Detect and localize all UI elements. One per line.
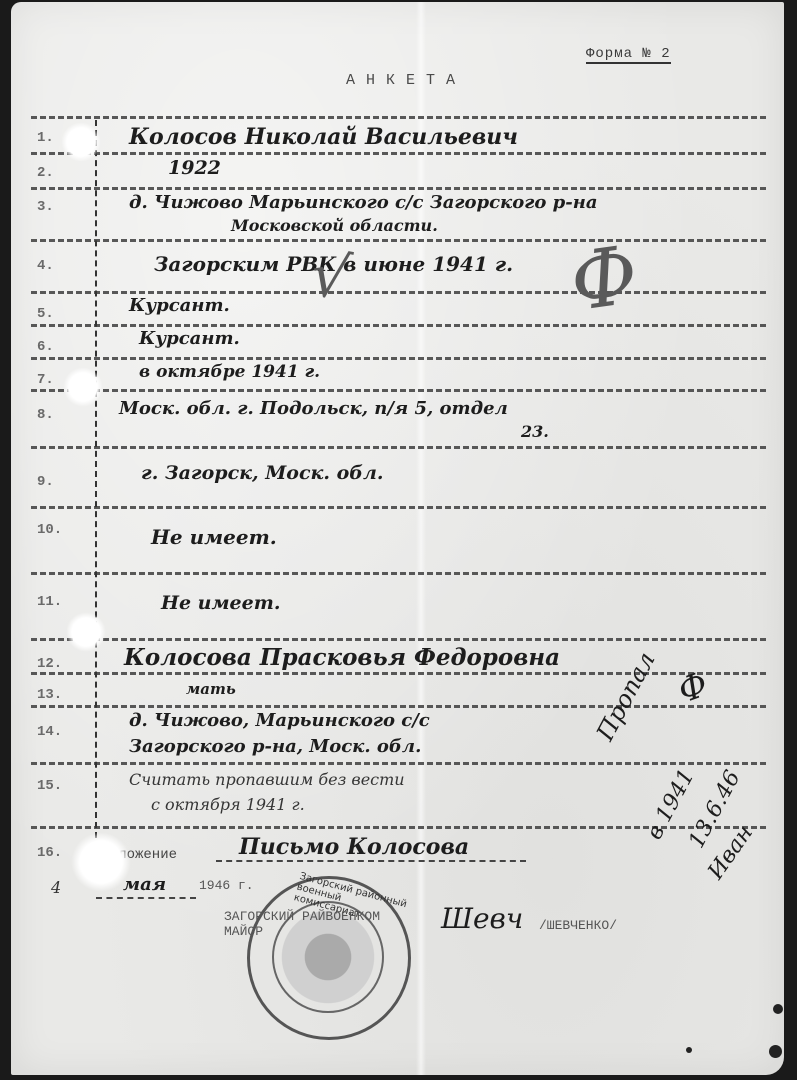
entry-row-11: Не имеет.	[161, 592, 280, 614]
attachment-underline	[216, 860, 526, 862]
form-number: Форма № 2	[586, 46, 671, 64]
official-stamp: Загорский районный военный комиссариат	[247, 876, 411, 1040]
rule-line	[31, 762, 766, 765]
date-underline	[96, 897, 196, 899]
rule-line	[31, 291, 766, 294]
row-number: 5.	[37, 306, 77, 322]
row-number: 8.	[37, 407, 77, 423]
rule-line	[31, 324, 766, 327]
document-title: АНКЕТА	[346, 72, 466, 89]
ink-spot	[769, 1045, 782, 1058]
paper-fold	[416, 2, 426, 1075]
margin-note-line: Пропал	[591, 647, 661, 745]
entry-position: Курсант.	[139, 328, 240, 349]
row-number: 10.	[37, 522, 77, 538]
paper-damage	[71, 832, 131, 892]
rule-line	[31, 506, 766, 509]
row-number: 13.	[37, 687, 77, 703]
rule-line	[31, 638, 766, 641]
paper-damage	[63, 367, 103, 407]
entry-relative-name: Колосова Прасковья Федоровна	[124, 644, 560, 671]
document-page: Форма № 2 АНКЕТА 1. 2. 3. 4. 5. 6. 7. 8.…	[11, 2, 784, 1075]
entry-birth-year: 1922	[168, 157, 221, 179]
row-number: 3.	[37, 199, 77, 215]
date-year: 1946 г.	[199, 878, 254, 893]
entry-full-name: Колосов Николай Васильевич	[129, 124, 518, 150]
entry-relative-address: д. Чижово, Марьинского с/с	[129, 710, 430, 731]
margin-note: Пропал	[591, 647, 661, 745]
signatory-rank: МАЙОР	[224, 924, 263, 939]
row-number: 2.	[37, 165, 77, 181]
paper-damage	[61, 122, 101, 162]
row-number: 4.	[37, 258, 77, 274]
rule-line	[31, 705, 766, 708]
rule-line	[31, 152, 766, 155]
rule-line	[31, 572, 766, 575]
rule-line	[31, 389, 766, 392]
entry-status: Считать пропавшим без вести	[129, 770, 405, 789]
signature: Шевч	[441, 902, 523, 935]
signatory-title: ЗАГОРСКИЙ РАЙВОЕНКОМ	[224, 909, 380, 924]
row-number: 12.	[37, 656, 77, 672]
row-number: 9.	[37, 474, 77, 490]
rule-line	[31, 116, 766, 119]
ink-spot	[686, 1047, 692, 1053]
margin-line	[95, 120, 97, 838]
rule-line	[31, 446, 766, 449]
entry-birthplace: д. Чижово Марьинского с/с Загорского р-н…	[129, 192, 597, 213]
ink-spot	[773, 1004, 783, 1014]
entry-row-10: Не имеет.	[151, 525, 277, 549]
signatory-name: /ШЕВЧЕНКО/	[539, 918, 617, 933]
entry-rank: Курсант.	[129, 295, 230, 316]
rule-line	[31, 357, 766, 360]
entry-status-line2: с октября 1941 г.	[151, 795, 305, 814]
entry-relation: мать	[186, 680, 236, 698]
row-number: 6.	[37, 339, 77, 355]
paper-damage	[66, 612, 106, 652]
rule-line	[31, 239, 766, 242]
row-number: 14.	[37, 724, 77, 740]
entry-relative-address-line2: Загорского р-на, Моск. обл.	[129, 736, 421, 757]
row-number: 15.	[37, 778, 77, 794]
entry-residence: г. Загорск, Моск. обл.	[141, 462, 384, 484]
rule-line	[31, 672, 766, 675]
entry-date: в октябре 1941 г.	[139, 362, 320, 382]
attachment-entry: Письмо Колосова	[239, 834, 469, 860]
check-mark: √	[305, 239, 355, 315]
entry-birthplace-line2: Московской области.	[231, 216, 438, 235]
row-number: 11.	[37, 594, 77, 610]
date-day: 4	[51, 878, 61, 897]
rule-line	[31, 187, 766, 190]
pencil-initials: Ф	[565, 228, 644, 329]
entry-unit-address: Моск. обл. г. Подольск, п/я 5, отдел	[119, 398, 508, 419]
entry-unit-address-line2: 23.	[521, 422, 549, 441]
